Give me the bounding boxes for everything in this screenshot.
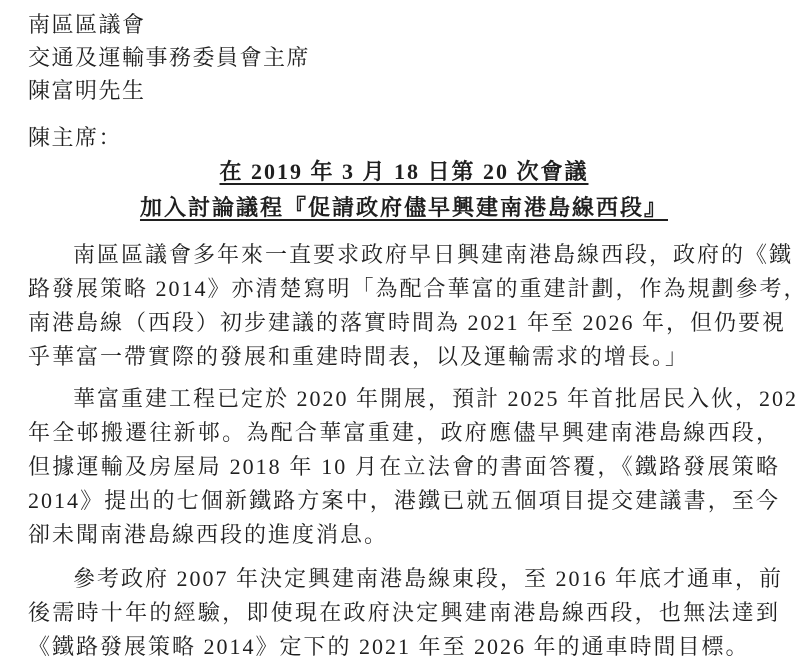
paragraph-3: 參考政府 2007 年決定興建南港島線東段，至 2016 年底才通車，前 後需時… (28, 562, 780, 662)
paragraph-line: 2014》提出的七個新鐵路方案中，港鐵已就五個項目提交建議書，至今 (28, 484, 780, 518)
paragraph-line: 但據運輸及房屋局 2018 年 10 月在立法會的書面答覆，《鐵路發展策略 (28, 450, 780, 484)
paragraph-line: 路發展策略 2014》亦清楚寫明「為配合華富的重建計劃，作為規劃參考， (28, 272, 780, 306)
title-line-meeting-date: 在 2019 年 3 月 18 日第 20 次會議 (28, 154, 780, 190)
paragraph-line: 南港島線（西段）初步建議的落實時間為 2021 年至 2026 年，但仍要視 (28, 306, 780, 340)
paragraph-1: 南區區議會多年來一直要求政府早日興建南港島線西段，政府的《鐵 路發展策略 201… (28, 238, 780, 374)
recipient-line-name: 陳富明先生 (28, 74, 780, 107)
title-line-agenda-item: 加入討論議程『促請政府儘早興建南港島線西段』 (28, 190, 780, 226)
paragraph-line: 乎華富一帶實際的發展和重建時間表，以及運輸需求的增長。」 (28, 340, 780, 374)
paragraph-line: 年全邨搬遷往新邨。為配合華富重建，政府應儘早興建南港島線西段， (28, 416, 780, 450)
recipient-line-council: 南區區議會 (28, 8, 780, 41)
paragraph-line: 參考政府 2007 年決定興建南港島線東段，至 2016 年底才通車，前 (28, 562, 780, 596)
meeting-title: 在 2019 年 3 月 18 日第 20 次會議 加入討論議程『促請政府儘早興… (28, 154, 780, 226)
paragraph-line: 南區區議會多年來一直要求政府早日興建南港島線西段，政府的《鐵 (28, 238, 780, 272)
letter-document: 南區區議會 交通及運輸事務委員會主席 陳富明先生 陳主席： 在 2019 年 3… (0, 0, 798, 662)
paragraph-line: 《鐵路發展策略 2014》定下的 2021 年至 2026 年的通車時間目標。 (28, 630, 780, 662)
salutation: 陳主席： (28, 121, 780, 154)
paragraph-line: 卻未聞南港島線西段的進度消息。 (28, 518, 780, 552)
paragraph-line: 後需時十年的經驗，即使現在政府決定興建南港島線西段，也無法達到 (28, 596, 780, 630)
paragraph-line: 華富重建工程已定於 2020 年開展，預計 2025 年首批居民入伙，2028 (28, 382, 780, 416)
recipient-block: 南區區議會 交通及運輸事務委員會主席 陳富明先生 (28, 8, 780, 107)
recipient-line-committee: 交通及運輸事務委員會主席 (28, 41, 780, 74)
paragraph-2: 華富重建工程已定於 2020 年開展，預計 2025 年首批居民入伙，2028 … (28, 382, 780, 552)
